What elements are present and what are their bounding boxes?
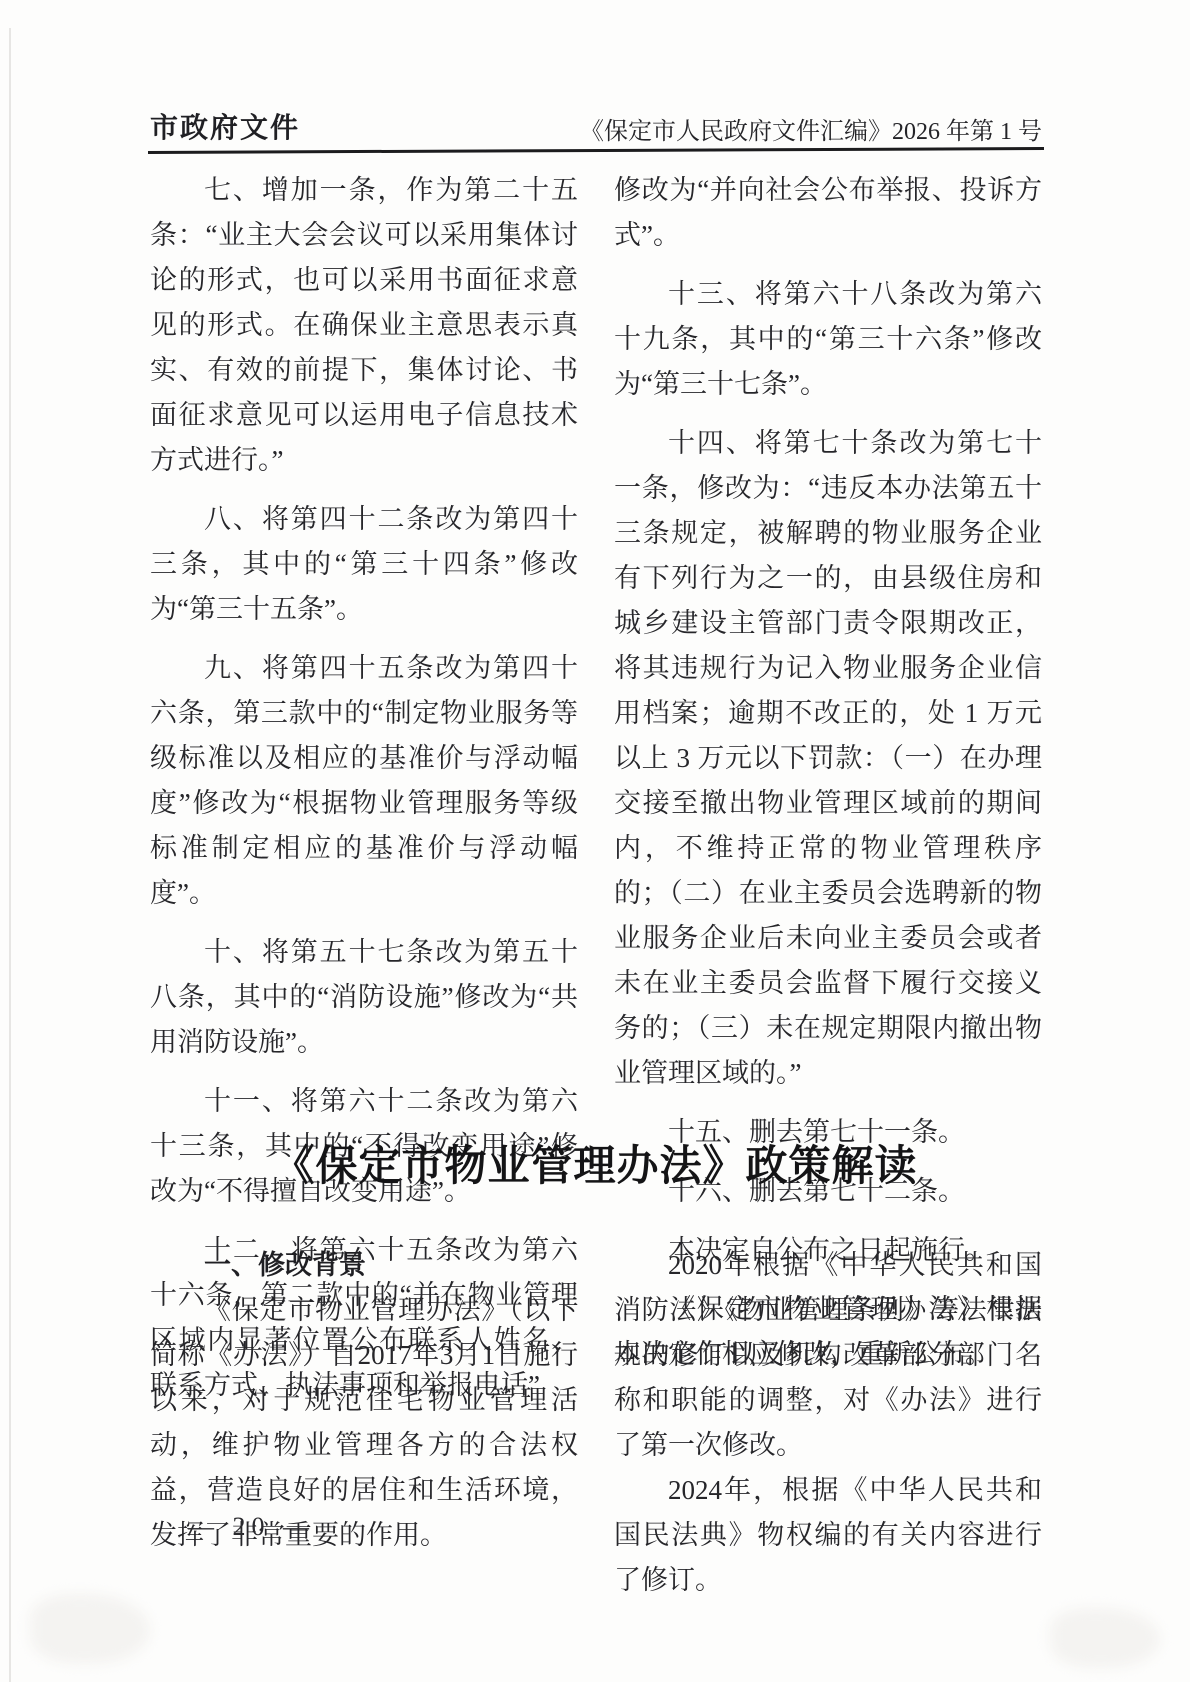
paragraph: 九、将第四十五条改为第四十六条，第三款中的“制定物业服务等级标准以及相应的基准价…	[150, 646, 578, 916]
amendments-section: 七、增加一条，作为第二十五条：“业主大会会议可以采用集体讨论的形式，也可以采用书…	[150, 168, 1042, 1422]
document-page: 市政府文件 《保定市人民政府文件汇编》2026 年第 1 号 七、增加一条，作为…	[0, 0, 1190, 1682]
right-column: 修改为“并向社会公布举报、投诉方式”。十三、将第六十八条改为第六十九条，其中的“…	[614, 168, 1042, 1422]
header-compilation-title: 《保定市人民政府文件汇编》2026 年第 1 号	[580, 111, 1042, 146]
paragraph: 2020年根据《中华人民共和国消防法》《物业管理条例》等法律法规的修订以及机构改…	[614, 1243, 1042, 1468]
page-number: — 20 —	[188, 1512, 315, 1542]
header-doc-type: 市政府文件	[150, 106, 300, 146]
paragraph: 八、将第四十二条改为第四十三条，其中的“第三十四条”修改为“第三十五条”。	[150, 497, 578, 632]
scan-page-edge	[9, 28, 11, 1682]
scan-smudge	[30, 1594, 150, 1664]
paragraph: 2024年，根据《中华人民共和国民法典》物权编的有关内容进行了修订。	[614, 1468, 1042, 1603]
left-column: 七、增加一条，作为第二十五条：“业主大会会议可以采用集体讨论的形式，也可以采用书…	[150, 168, 578, 1422]
scan-smudge	[1050, 1608, 1160, 1668]
paragraph: 一、修改背景	[150, 1243, 578, 1288]
right-column: 2020年根据《中华人民共和国消防法》《物业管理条例》等法律法规的修订以及机构改…	[614, 1243, 1042, 1603]
paragraph: 七、增加一条，作为第二十五条：“业主大会会议可以采用集体讨论的形式，也可以采用书…	[150, 168, 578, 483]
header-rule	[148, 147, 1044, 154]
paragraph: 修改为“并向社会公布举报、投诉方式”。	[614, 168, 1042, 258]
paragraph: 十四、将第七十条改为第七十一条，修改为：“违反本办法第五十三条规定，被解聘的物业…	[614, 421, 1042, 1096]
interpretation-section: 一、修改背景《保定市物业管理办法》（以下简称《办法》）自2017年3月1日施行以…	[150, 1243, 1042, 1603]
policy-interpretation-title: 《保定市物业管理办法》政策解读	[0, 1133, 1190, 1193]
paragraph: 十、将第五十七条改为第五十八条，其中的“消防设施”修改为“共用消防设施”。	[150, 930, 578, 1065]
paragraph: 十三、将第六十八条改为第六十九条，其中的“第三十六条”修改为“第三十七条”。	[614, 272, 1042, 407]
page-header: 市政府文件 《保定市人民政府文件汇编》2026 年第 1 号	[150, 104, 1042, 146]
left-column: 一、修改背景《保定市物业管理办法》（以下简称《办法》）自2017年3月1日施行以…	[150, 1243, 578, 1603]
